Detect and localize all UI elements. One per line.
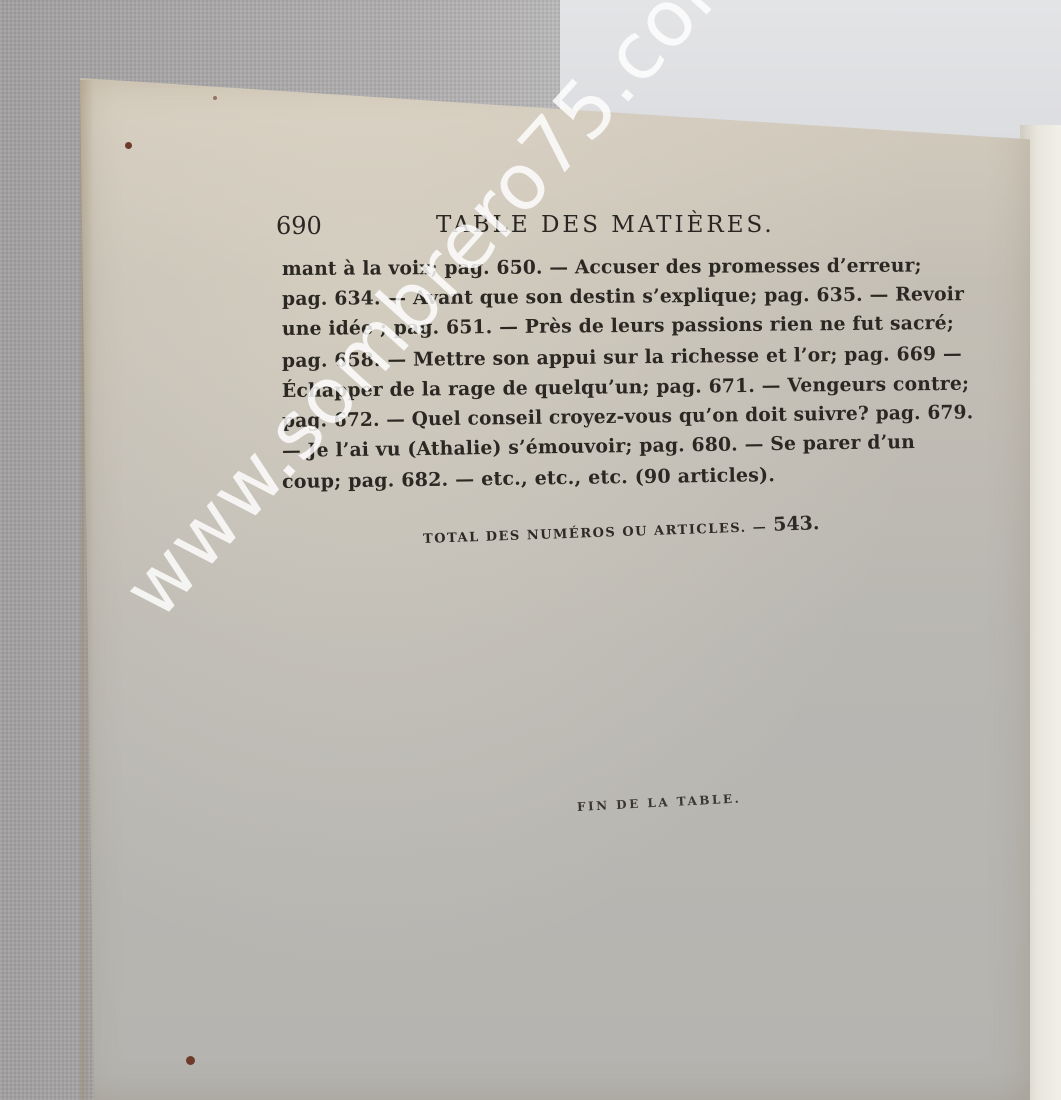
foxing-spot [213, 96, 217, 100]
foxing-spot [125, 142, 132, 149]
page-edge [80, 80, 94, 1100]
page-number: 690 [276, 212, 322, 240]
total-value: 543. [773, 512, 820, 536]
foxing-spot [186, 1056, 195, 1065]
page-header: 690 TABLE DES MATIÈRES. [276, 212, 976, 246]
